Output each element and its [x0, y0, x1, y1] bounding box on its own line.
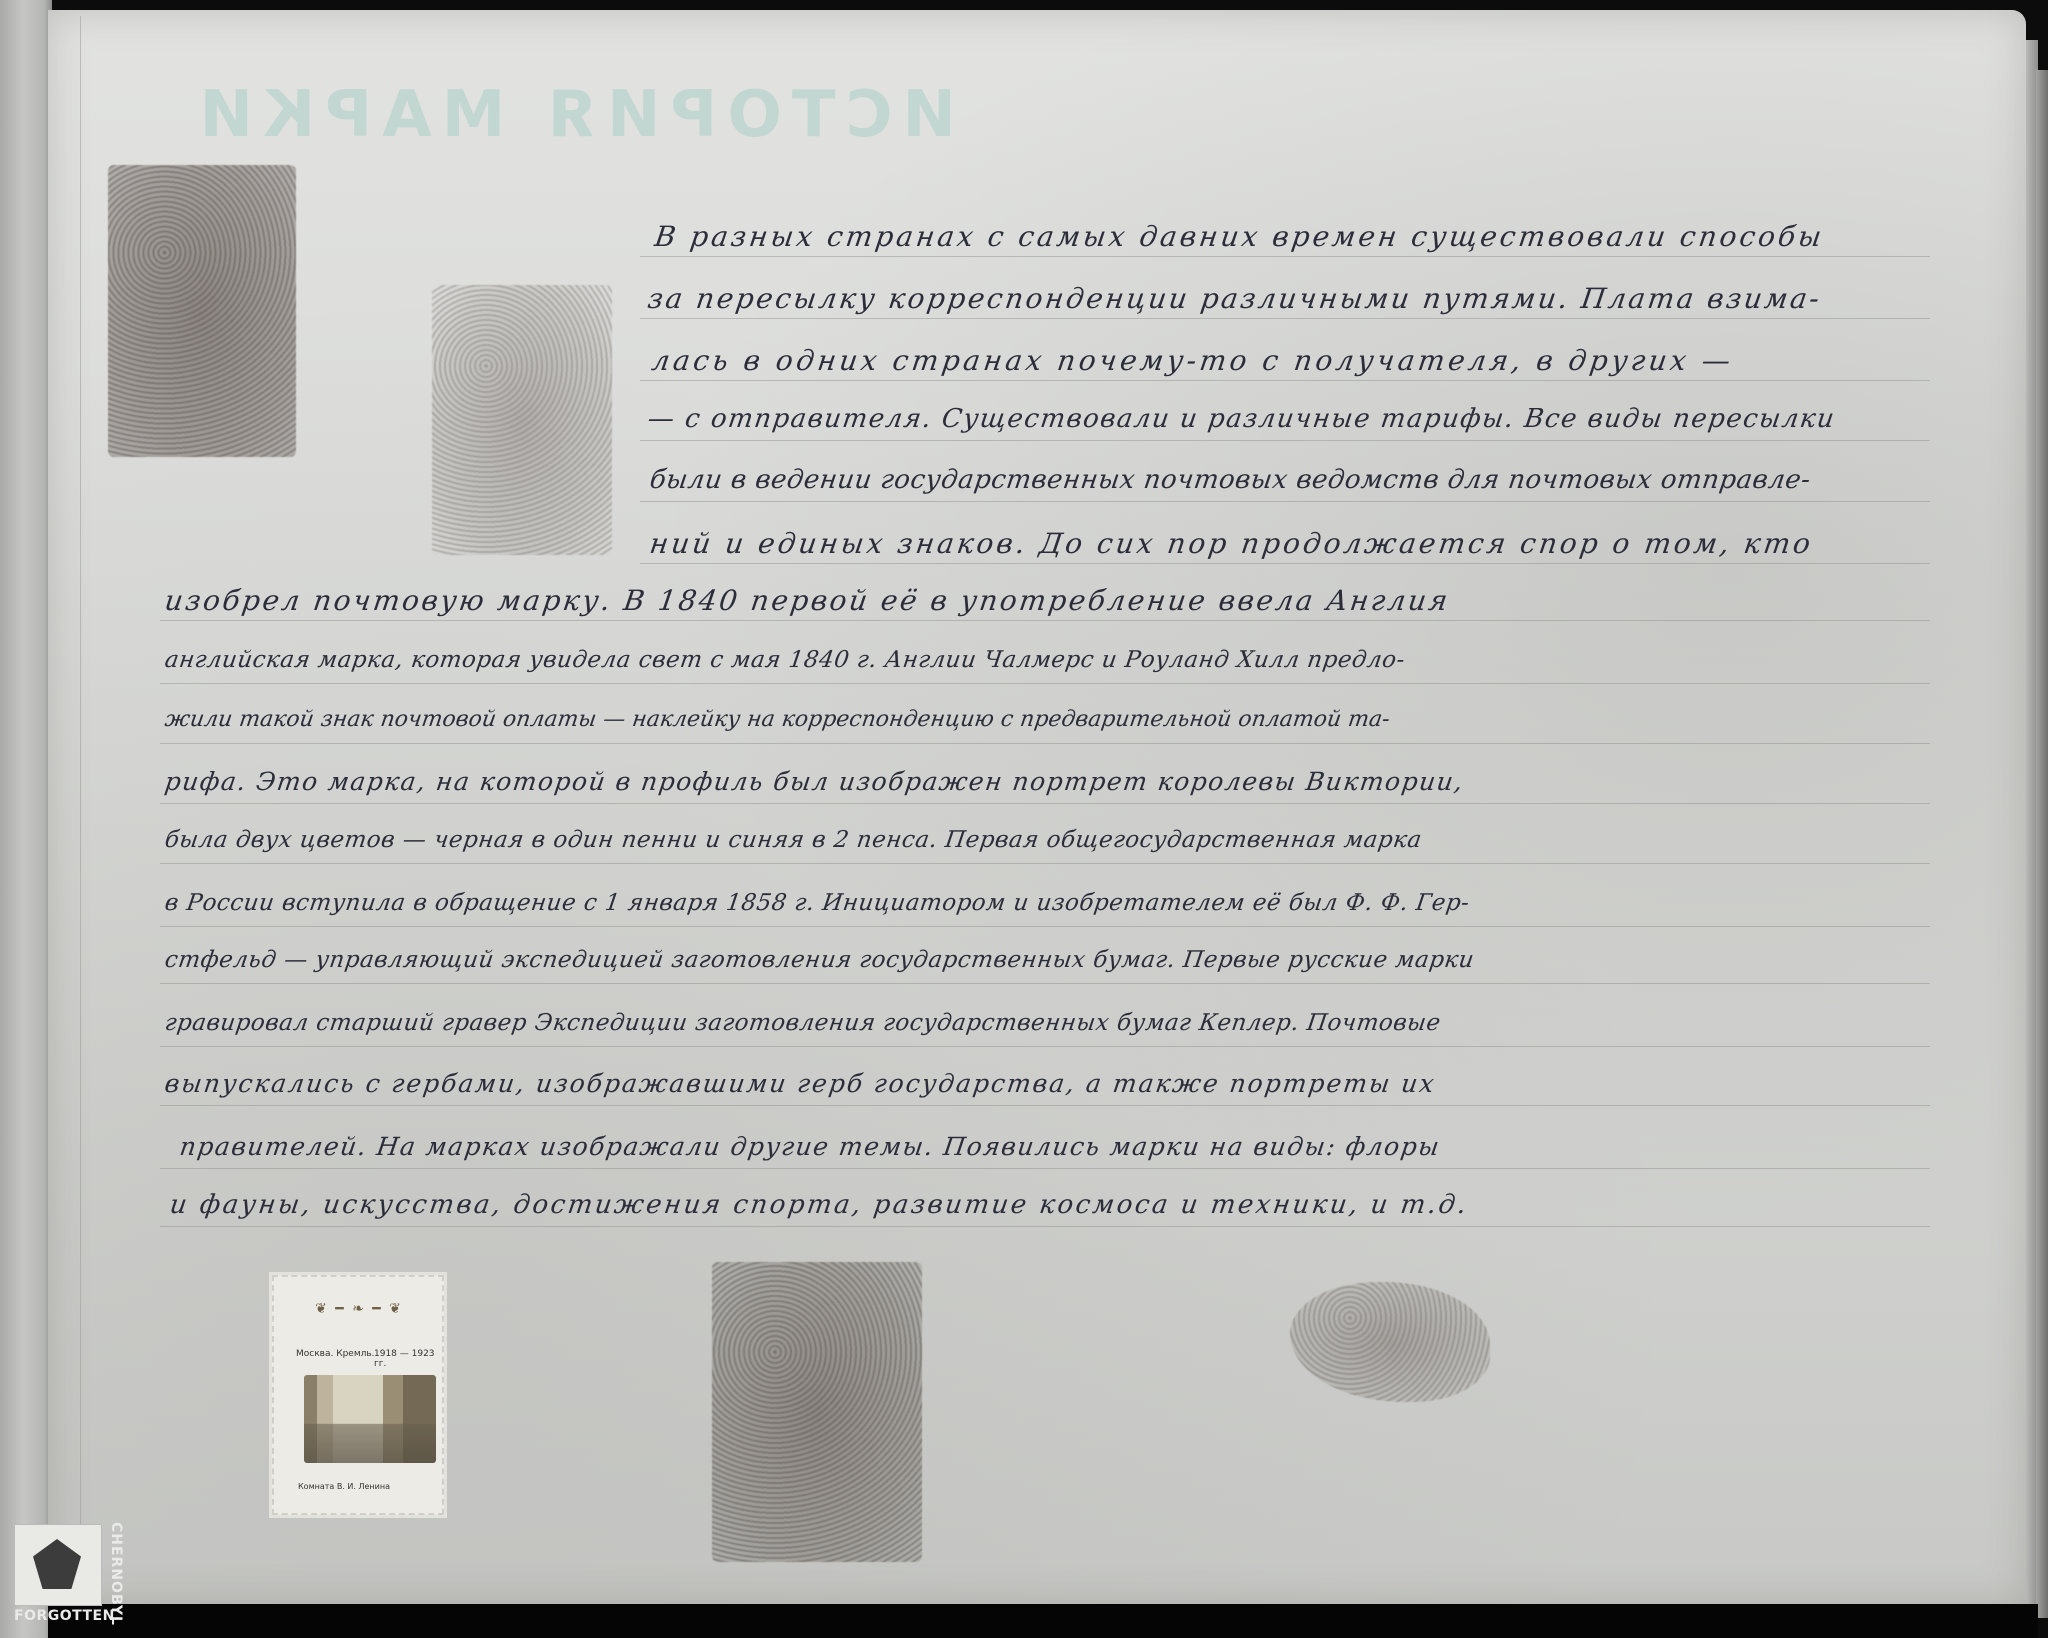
ruled-line — [160, 620, 1930, 621]
removed-stamp-stain — [432, 285, 612, 555]
page-margin-rule — [80, 16, 81, 1576]
bleed-through-title: ИСТОРИЯ МАРКИ — [189, 78, 956, 152]
ruled-line — [640, 563, 1930, 564]
ruled-line — [160, 983, 1930, 984]
watermark-word-horizontal: FORGOTTEN — [14, 1608, 115, 1624]
ruled-line — [160, 803, 1930, 804]
album-spine — [0, 0, 52, 1638]
handwriting-line: лась в одних странах почему-то с получат… — [650, 344, 1736, 377]
handwriting-line: ний и единых знаков. До сих пор продолжа… — [648, 527, 1816, 560]
watermark-word-vertical: CHERNOBYL — [108, 1522, 124, 1626]
handwriting-line: — с отправителя. Существовали и различны… — [646, 404, 1838, 434]
ruled-line — [640, 256, 1930, 257]
handwriting-line: были в ведении государственных почтовых … — [648, 465, 1813, 495]
handwriting-line: жили такой знак почтовой оплаты — наклей… — [163, 707, 1391, 732]
stamp-location: Москва. Кремль. — [296, 1349, 375, 1359]
ruled-line — [640, 501, 1930, 502]
handwriting-line: в России вступила в обращение с 1 января… — [163, 890, 1471, 916]
removed-stamp-stain — [108, 165, 296, 457]
watermark-logo: FORGOTTEN CHERNOBYL — [8, 1518, 124, 1630]
handwriting-line: стфельд — управляющий экспедицией загото… — [163, 947, 1476, 973]
handwriting-line: за пересылку корреспонденции различными … — [646, 282, 1824, 315]
stamp-years: 1918 — 1923 гг. — [374, 1349, 442, 1369]
background-shadow — [48, 1604, 2038, 1638]
handwriting-line: и фауны, искусства, достижения спорта, р… — [168, 1190, 1471, 1220]
ruled-line — [160, 1168, 1930, 1169]
handwriting-line: В разных странах с самых давних времен с… — [653, 220, 1827, 253]
stamp-caption: Комната В. И. Ленина — [298, 1482, 390, 1491]
ruled-line — [160, 743, 1930, 744]
postage-stamp: ❦ ━ ❧ ━ ❦ Москва. Кремль. 1918 — 1923 гг… — [272, 1275, 444, 1515]
handwriting-line: правителей. На марках изображали другие … — [178, 1132, 1442, 1161]
handwriting-line: выпускались с гербами, изображавшими гер… — [163, 1069, 1438, 1098]
ruled-line — [640, 440, 1930, 441]
handwriting-line: рифа. Это марка, на которой в профиль бы… — [163, 767, 1466, 796]
handwriting-line: изобрел почтовую марку. В 1840 первой её… — [163, 584, 1452, 617]
page-stack-edge — [2036, 70, 2048, 1618]
removed-stamp-stain — [712, 1262, 922, 1562]
laurel-ornament-icon: ❦ ━ ❧ ━ ❦ — [294, 1301, 424, 1317]
handwriting-line: английская марка, которая увидела свет с… — [163, 647, 1407, 673]
aperture-icon — [14, 1524, 102, 1606]
stamp-room-illustration — [304, 1375, 436, 1463]
ruled-line — [160, 863, 1930, 864]
ruled-line — [160, 1226, 1930, 1227]
handwriting-line: гравировал старший гравер Экспедиции заг… — [163, 1010, 1442, 1036]
ruled-line — [160, 683, 1930, 684]
ruled-line — [640, 380, 1930, 381]
handwriting-line: была двух цветов — черная в один пенни и… — [163, 827, 1423, 853]
ruled-line — [160, 1046, 1930, 1047]
ruled-line — [160, 926, 1930, 927]
ruled-line — [160, 1105, 1930, 1106]
ruled-line — [640, 318, 1930, 319]
